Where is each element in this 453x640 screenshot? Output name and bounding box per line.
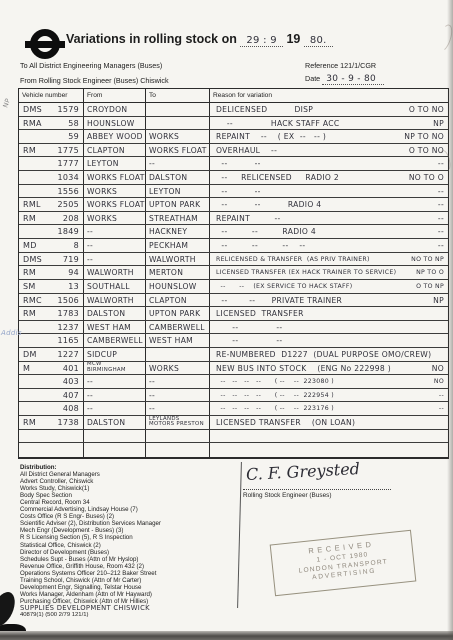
print-code: 40879(1) (500 2/79 121/1) <box>20 612 238 619</box>
from-cell: WORKS <box>84 212 146 225</box>
from-cell: ABBEY WOOD <box>84 130 146 143</box>
status-text: -- <box>434 225 444 238</box>
reason-cell: RELICENSED & TRANSFER (AS PRIV TRAINER)N… <box>210 253 448 266</box>
vehicle-cell: RML2505 <box>19 198 84 211</box>
vehicle-number: 1579 <box>57 103 79 116</box>
status-text: NP <box>429 294 444 307</box>
table-row: 59ABBEY WOODWORKSREPAINT -- ( EX -- -- )… <box>19 130 448 144</box>
vehicle-prefix: RMC <box>23 294 42 307</box>
table-row: 1237WEST HAMCAMBERWELL -- -- <box>19 321 448 335</box>
status-text: -- <box>434 212 444 225</box>
vehicle-number: 1775 <box>57 144 79 157</box>
reason-text: NEW BUS INTO STOCK (ENG No 222998 ) <box>216 362 391 375</box>
status-text: -- <box>434 239 444 252</box>
reason-cell: LICENSED TRANSFER <box>210 307 448 320</box>
from-cell: HOUNSLOW <box>84 117 146 130</box>
vehicle-number: 719 <box>63 253 79 266</box>
reason-text: -- RELICENSED RADIO 2 <box>216 171 339 184</box>
vehicle-cell: DMS719 <box>19 253 84 266</box>
vehicle-cell: DM1227 <box>19 348 84 361</box>
reason-cell: -- -- -- -- ( -- -- 223080 )NO <box>210 375 448 388</box>
status-text: NP <box>429 117 444 130</box>
reason-cell: LICENSED TRANSFER (EX HACK TRAINER TO SE… <box>210 266 448 279</box>
margin-note: Addis <box>1 329 22 337</box>
from-cell: DALSTON <box>84 416 146 429</box>
table-row: DMS1579CROYDONDELICENSED DISPO TO NO <box>19 103 448 117</box>
date-label: Date <box>305 74 320 83</box>
vehicle-cell: 408 <box>19 402 84 415</box>
reason-cell: DELICENSED DISPO TO NO <box>210 103 448 116</box>
from-cell: -- <box>84 402 146 415</box>
reason-cell: REPAINT -- ( EX -- -- )NP TO NO <box>210 130 448 143</box>
to-cell <box>146 443 210 457</box>
vehicle-number: 1165 <box>57 334 79 347</box>
from-cell: -- <box>84 225 146 238</box>
distribution-item: Commercial Advertising, Lindsay House (7… <box>20 506 238 513</box>
table-row: 1849--HACKNEY -- -- RADIO 4-- <box>19 225 448 239</box>
vehicle-prefix: RM <box>23 416 36 429</box>
distribution-item: Operations Systems Officer 210–212 Baker… <box>20 570 238 577</box>
from-cell: -- <box>84 389 146 402</box>
signature-role-label: Rolling Stock Engineer (Buses) <box>243 492 331 499</box>
vehicle-number: 1034 <box>57 171 79 184</box>
reason-cell: NEW BUS INTO STOCK (ENG No 222998 )NO <box>210 362 448 375</box>
reason-cell: -- ---- <box>210 185 448 198</box>
reason-cell: -- -- PRIVATE TRAINERNP <box>210 294 448 307</box>
reason-cell: -- HACK STAFF ACCNP <box>210 117 448 130</box>
reason-text: REPAINT -- ( EX -- -- ) <box>216 130 326 143</box>
table-row <box>19 443 448 457</box>
reason-text: REPAINT -- <box>216 212 281 225</box>
vehicle-prefix: RMA <box>23 117 42 130</box>
table-row: 1556WORKSLEYTON -- ---- <box>19 185 448 199</box>
vehicle-number: 58 <box>68 117 79 130</box>
vehicle-cell: 1777 <box>19 157 84 170</box>
vehicle-number: 94 <box>68 266 79 279</box>
col-header-reason: Reason for variation <box>210 89 448 102</box>
table-row: RM1738DALSTONLEYLANDSMOTORS PRESTONLICEN… <box>19 416 448 430</box>
table-row: RMA58HOUNSLOW -- HACK STAFF ACCNP <box>19 117 448 131</box>
vehicle-number: 1506 <box>57 294 79 307</box>
distribution-block: Distribution: All District General Manag… <box>20 464 238 620</box>
reason-text: -- -- -- -- <box>216 239 305 252</box>
reason-text: -- -- <box>216 334 282 347</box>
vehicle-prefix: DMS <box>23 103 42 116</box>
vehicle-number: 408 <box>63 402 79 415</box>
table-row: DMS719--WALWORTHRELICENSED & TRANSFER (A… <box>19 253 448 267</box>
col-header-to: To <box>146 89 210 102</box>
vehicle-prefix: RML <box>23 198 41 211</box>
reason-text: -- -- (EX SERVICE TO HACK STAFF) <box>216 280 352 293</box>
distribution-item: Development Engr, Signalling, Telstar Ho… <box>20 584 238 591</box>
roundel-bar <box>25 41 65 48</box>
vehicle-cell <box>19 430 84 443</box>
from-cell: CROYDON <box>84 103 146 116</box>
to-cell: WEST HAM <box>146 334 210 347</box>
vehicle-number: 403 <box>63 375 79 388</box>
to-cell <box>146 348 210 361</box>
date-line: Date 30 - 9 - 80 <box>305 74 384 84</box>
distribution-item: All District General Managers <box>20 471 238 478</box>
to-cell: WALWORTH <box>146 253 210 266</box>
table-row: 1034WORKS FLOATDALSTON -- RELICENSED RAD… <box>19 171 448 185</box>
vehicle-cell: 1034 <box>19 171 84 184</box>
title-year-printed: 19 <box>286 32 300 46</box>
reason-text: -- -- RADIO 4 <box>216 198 321 211</box>
distribution-item: Revenue Office, Griffith House, Room 432… <box>20 563 238 570</box>
status-text: -- <box>434 198 444 211</box>
vehicle-prefix: M <box>23 362 30 375</box>
table-row: SM13SOUTHALLHOUNSLOW -- -- (EX SERVICE T… <box>19 280 448 294</box>
to-cell: UPTON PARK <box>146 198 210 211</box>
distribution-item: Works Study, Chiswick(1) <box>20 485 238 492</box>
from-cell: WORKS FLOAT <box>84 198 146 211</box>
table-body: DMS1579CROYDONDELICENSED DISPO TO NORMA5… <box>19 103 448 457</box>
scan-bottom-edge <box>0 631 453 640</box>
vehicle-number: 1237 <box>57 321 79 334</box>
table-row: DM1227SIDCUPRE-NUMBERED D1227 (DUAL PURP… <box>19 348 448 362</box>
from-cell: MCWBIRMINGHAM <box>84 362 146 375</box>
status-text: O TO NO <box>405 103 444 116</box>
to-cell: DALSTON <box>146 171 210 184</box>
reason-text: LICENSED TRANSFER (EX HACK TRAINER TO SE… <box>216 266 396 279</box>
to-cell-line2: MOTORS PRESTON <box>149 422 209 427</box>
document-title: Variations in rolling stock on 29 : 9 19… <box>66 32 333 46</box>
table-row: MD8--PECKHAM -- -- -- ---- <box>19 239 448 253</box>
from-cell <box>84 430 146 443</box>
from-cell: WORKS FLOAT <box>84 171 146 184</box>
vehicle-cell: DMS1579 <box>19 103 84 116</box>
vehicle-cell: 403 <box>19 375 84 388</box>
vehicle-cell: MD8 <box>19 239 84 252</box>
vehicle-number: 1227 <box>57 348 79 361</box>
reason-text: -- -- <box>216 157 261 170</box>
distribution-item: Scientific Adviser (2), Distribution Ser… <box>20 520 238 527</box>
table-row: M401MCWBIRMINGHAMWORKSNEW BUS INTO STOCK… <box>19 362 448 376</box>
reason-cell: -- -- RADIO 4-- <box>210 225 448 238</box>
from-cell-line2: BIRMINGHAM <box>87 368 145 373</box>
reason-cell: LICENSED TRANSFER (ON LOAN) <box>210 416 448 429</box>
distribution-item: Body Spec Section <box>20 492 238 499</box>
vehicle-number: 13 <box>68 280 79 293</box>
reason-text: -- HACK STAFF ACC <box>216 117 339 130</box>
status-text: NP TO NO <box>400 130 444 143</box>
to-cell: WORKS FLOAT <box>146 144 210 157</box>
vehicle-cell: 59 <box>19 130 84 143</box>
london-transport-roundel-icon <box>30 29 60 59</box>
vehicle-number: 1849 <box>57 225 79 238</box>
vehicle-prefix: MD <box>23 239 37 252</box>
vehicle-prefix: DMS <box>23 253 42 266</box>
distribution-item: R S Licensing Section (5), R S Inspectio… <box>20 534 238 541</box>
to-cell: CAMBERWELL <box>146 321 210 334</box>
to-cell: CLAPTON <box>146 294 210 307</box>
reason-cell: -- -- -- ---- <box>210 239 448 252</box>
to-cell <box>146 430 210 443</box>
distribution-handwritten-line: SUPPLIES DEVELOPMENT CHISWICK <box>20 605 238 612</box>
status-text: O TO NO <box>405 144 444 157</box>
reason-cell: -- -- -- -- ( -- -- 223176 )-- <box>210 402 448 415</box>
table-row <box>19 430 448 444</box>
vehicle-number: 8 <box>74 239 79 252</box>
to-cell: LEYLANDSMOTORS PRESTON <box>146 416 210 429</box>
from-cell: SIDCUP <box>84 348 146 361</box>
to-cell: HACKNEY <box>146 225 210 238</box>
reason-text: -- -- PRIVATE TRAINER <box>216 294 342 307</box>
title-text: Variations in rolling stock on <box>66 32 237 46</box>
status-text: NP TO O <box>412 266 444 279</box>
vehicle-cell: 1237 <box>19 321 84 334</box>
vehicle-prefix: DM <box>23 348 37 361</box>
table-row: RML2505WORKS FLOATUPTON PARK -- -- RADIO… <box>19 198 448 212</box>
distribution-list: All District General ManagersAdvert Cont… <box>20 471 238 605</box>
variations-table: Vehicle number From To Reason for variat… <box>18 88 449 459</box>
reason-cell <box>210 443 448 457</box>
scanned-document-page: Variations in rolling stock on 29 : 9 19… <box>0 0 453 640</box>
status-text: -- <box>435 389 444 402</box>
vehicle-number: 1777 <box>57 157 79 170</box>
reason-text: LICENSED TRANSFER (ON LOAN) <box>216 416 355 429</box>
reason-text: -- -- RADIO 4 <box>216 225 316 238</box>
to-cell: STREATHAM <box>146 212 210 225</box>
reason-text: -- -- <box>216 321 282 334</box>
reason-text: -- -- -- -- ( -- -- 223080 ) <box>216 375 334 388</box>
from-cell: -- <box>84 239 146 252</box>
from-cell: WALWORTH <box>84 266 146 279</box>
table-row: 1777LEYTON-- -- ---- <box>19 157 448 171</box>
reason-text: RE-NUMBERED D1227 (DUAL PURPOSE OMO/CREW… <box>216 348 431 361</box>
reason-text: LICENSED TRANSFER <box>216 307 304 320</box>
reference-line: Reference 121/1/CGR <box>305 61 376 70</box>
table-row: RM1775CLAPTONWORKS FLOATOVERHAUL --O TO … <box>19 144 448 158</box>
reason-cell: RE-NUMBERED D1227 (DUAL PURPOSE OMO/CREW… <box>210 348 448 361</box>
to-cell <box>146 117 210 130</box>
reason-text: -- -- -- -- ( -- -- 223176 ) <box>216 402 334 415</box>
reason-cell: -- -- (EX SERVICE TO HACK STAFF)O TO NP <box>210 280 448 293</box>
table-row: 408---- -- -- -- -- ( -- -- 223176 )-- <box>19 402 448 416</box>
title-year-handwritten: 80. <box>304 35 333 47</box>
from-cell: WALWORTH <box>84 294 146 307</box>
distribution-item: Central Record, Room 34 <box>20 499 238 506</box>
vehicle-cell: SM13 <box>19 280 84 293</box>
vehicle-number: 2505 <box>57 198 79 211</box>
reason-text: DELICENSED DISP <box>216 103 313 116</box>
vehicle-cell: RM208 <box>19 212 84 225</box>
vehicle-cell: 1849 <box>19 225 84 238</box>
vehicle-cell: RM1775 <box>19 144 84 157</box>
vehicle-cell: RM94 <box>19 266 84 279</box>
vehicle-cell: M401 <box>19 362 84 375</box>
from-cell: WEST HAM <box>84 321 146 334</box>
signature-handwritten: C. F. Greysted <box>246 459 361 484</box>
reason-cell: -- -- -- -- ( -- -- 222954 )-- <box>210 389 448 402</box>
sender-line: From Rolling Stock Engineer (Buses) Chis… <box>20 76 169 85</box>
reason-cell: -- RELICENSED RADIO 2NO TO O <box>210 171 448 184</box>
status-text: NO TO O <box>405 171 444 184</box>
from-cell: -- <box>84 375 146 388</box>
reason-cell: -- -- <box>210 334 448 347</box>
title-date-handwritten: 29 : 9 <box>240 35 283 47</box>
vehicle-prefix: SM <box>23 280 36 293</box>
vehicle-cell: RM1738 <box>19 416 84 429</box>
status-text: -- <box>435 402 444 415</box>
distribution-item: Director of Development (Buses) <box>20 549 238 556</box>
distribution-item: Schedules Supt - Buses (Attn of Mr Hyslo… <box>20 556 238 563</box>
to-cell: -- <box>146 375 210 388</box>
table-header-row: Vehicle number From To Reason for variat… <box>19 89 448 103</box>
col-header-vehicle-number: Vehicle number <box>19 89 84 102</box>
received-stamp: RECEIVED 1 - OCT 1980 LONDON TRANSPORT A… <box>270 530 417 597</box>
status-text: NO <box>428 362 444 375</box>
from-cell: -- <box>84 253 146 266</box>
distribution-item: Advert Controller, Chiswick <box>20 478 238 485</box>
vehicle-cell: 407 <box>19 389 84 402</box>
pencil-squiggle <box>435 23 453 53</box>
to-cell: MERTON <box>146 266 210 279</box>
vehicle-cell: RMC1506 <box>19 294 84 307</box>
vehicle-number: 59 <box>68 130 79 143</box>
addressee-line: To All District Engineering Managers (Bu… <box>20 61 162 70</box>
vehicle-cell: 1556 <box>19 185 84 198</box>
date-value-handwritten: 30 - 9 - 80 <box>322 74 384 85</box>
status-text: NO TO NP <box>407 253 444 266</box>
distribution-item: Works Manager, Aldenham (Attn of Mr Hayw… <box>20 591 238 598</box>
to-cell <box>146 103 210 116</box>
vehicle-cell: RM1783 <box>19 307 84 320</box>
reason-text: -- -- -- -- ( -- -- 222954 ) <box>216 389 334 402</box>
distribution-label: Distribution: <box>20 464 238 471</box>
distribution-item: Costs Office (R S Engr- Buses) (2) <box>20 513 238 520</box>
reason-cell: -- -- <box>210 321 448 334</box>
signature-dotted-line <box>243 489 391 490</box>
to-cell: -- <box>146 389 210 402</box>
distribution-item: Mech Engr (Development - Buses) (3) <box>20 527 238 534</box>
reason-cell: OVERHAUL --O TO NO <box>210 144 448 157</box>
vehicle-cell: 1165 <box>19 334 84 347</box>
to-cell: WORKS <box>146 362 210 375</box>
table-row: 1165CAMBERWELLWEST HAM -- -- <box>19 334 448 348</box>
to-cell: -- <box>146 402 210 415</box>
from-cell: CLAPTON <box>84 144 146 157</box>
vehicle-cell: RMA58 <box>19 117 84 130</box>
to-cell: -- <box>146 157 210 170</box>
from-cell: LEYTON <box>84 157 146 170</box>
vehicle-number: 407 <box>63 389 79 402</box>
from-cell <box>84 443 146 457</box>
from-cell: CAMBERWELL <box>84 334 146 347</box>
table-row: RMC1506WALWORTHCLAPTON -- -- PRIVATE TRA… <box>19 294 448 308</box>
status-text: NO <box>430 375 444 388</box>
to-cell: LEYTON <box>146 185 210 198</box>
status-text: -- <box>434 185 444 198</box>
vehicle-number: 1783 <box>57 307 79 320</box>
from-cell: SOUTHALL <box>84 280 146 293</box>
distribution-item: Statistical Office, Chiswick (2) <box>20 542 238 549</box>
table-row: RM94WALWORTHMERTONLICENSED TRANSFER (EX … <box>19 266 448 280</box>
vehicle-cell <box>19 443 84 457</box>
vehicle-prefix: RM <box>23 212 36 225</box>
reason-text: OVERHAUL -- <box>216 144 277 157</box>
table-row: 407---- -- -- -- -- ( -- -- 222954 )-- <box>19 389 448 403</box>
reason-cell: -- -- RADIO 4-- <box>210 198 448 211</box>
vehicle-number: 1556 <box>57 185 79 198</box>
status-text: O TO NP <box>412 280 444 293</box>
vehicle-number: 401 <box>63 362 79 375</box>
reason-cell <box>210 430 448 443</box>
to-cell: HOUNSLOW <box>146 280 210 293</box>
to-cell: PECKHAM <box>146 239 210 252</box>
distribution-item: Training School, Chiswick (Attn of Mr Ca… <box>20 577 238 584</box>
vehicle-number: 208 <box>63 212 79 225</box>
vehicle-prefix: RM <box>23 307 36 320</box>
to-cell: WORKS <box>146 130 210 143</box>
table-row: RM208WORKSSTREATHAMREPAINT ---- <box>19 212 448 226</box>
margin-note: NP <box>1 97 12 109</box>
from-cell: DALSTON <box>84 307 146 320</box>
table-row: RM1783DALSTONUPTON PARKLICENSED TRANSFER <box>19 307 448 321</box>
table-row: 403---- -- -- -- -- ( -- -- 223080 )NO <box>19 375 448 389</box>
reason-cell: REPAINT ---- <box>210 212 448 225</box>
from-cell: WORKS <box>84 185 146 198</box>
vehicle-number: 1738 <box>57 416 79 429</box>
reason-text: RELICENSED & TRANSFER (AS PRIV TRAINER) <box>216 253 370 266</box>
vehicle-prefix: RM <box>23 144 36 157</box>
reason-text: -- -- <box>216 185 261 198</box>
vehicle-prefix: RM <box>23 266 36 279</box>
col-header-from: From <box>84 89 146 102</box>
to-cell: UPTON PARK <box>146 307 210 320</box>
reason-cell: -- ---- <box>210 157 448 170</box>
